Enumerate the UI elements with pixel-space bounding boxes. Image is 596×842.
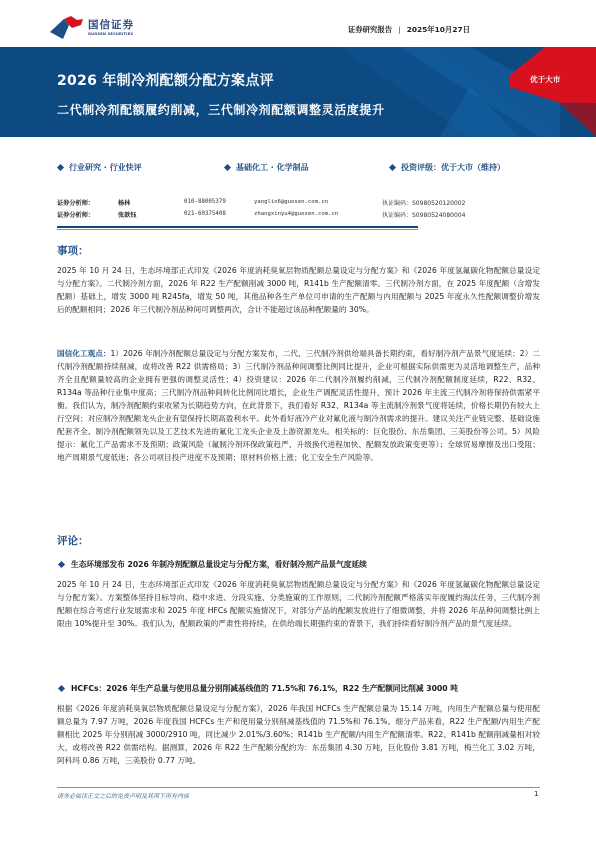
header-separator: | [398,25,401,34]
meta-rating: 投资评级：优于大市（维持） [390,162,505,173]
rating-tag: 优于大市 [530,74,560,85]
comment-paragraph: 根据《2026 年度消耗臭氧层物质配额总量设定与分配方案》，2026 年我国 H… [57,702,540,767]
report-type: 证券研究报告 [348,24,392,35]
diamond-bullet-icon [224,164,231,171]
diamond-bullet-icon [57,164,64,171]
analyst-name: 张歆钰 [118,210,184,219]
analyst-email[interactable]: zhangxinyu4@guosen.com.cn [254,211,382,217]
analyst-table: 证券分析师： 杨林 010-88005379 yanglin6@guosen.c… [57,196,465,220]
page-header: 国信证券 GUOSEN SECURITIES 证券研究报告 | 2025年10月… [0,0,596,46]
event-heading: 事项： [57,243,89,258]
diamond-bullet-icon [58,561,65,568]
section-divider [57,226,418,230]
diamond-bullet-icon [389,164,396,171]
report-meta: 行业研究 · 行业快评 基础化工 · 化学制品 投资评级：优于大市（维持） [58,162,548,173]
banner-decoration [0,47,596,137]
view-lead: 国信化工观点： [57,349,111,358]
view-paragraph: 国信化工观点：1）2026 年制冷剂配额总量设定与分配方案发布，二代、三代制冷剂… [57,347,540,464]
analyst-phone: 010-88005379 [184,199,254,205]
event-paragraph: 2025 年 10 月 24 日，生态环境部正式印发《2026 年度消耗臭氧层物… [57,264,540,316]
meta-category: 行业研究 · 行业快评 [58,162,225,173]
analyst-row: 证券分析师： 张歆钰 021-60375408 zhangxinyu4@guos… [57,208,465,220]
comment-bullet-title: HCFCs：2026 年生产总量与使用总量分别削减基线值的 71.5%和 76.… [57,683,458,694]
analyst-name: 杨林 [118,198,184,207]
page-number: 1 [534,790,538,798]
comment-bullet-title: 生态环境部发布 2026 年制冷剂配额总量设定与分配方案，看好制冷剂产品景气度延… [57,559,367,570]
footer-disclaimer: 请务必阅读正文之后的免责声明及其项下所有内容 [57,791,189,800]
analyst-row: 证券分析师： 杨林 010-88005379 yanglin6@guosen.c… [57,196,465,208]
diamond-bullet-icon [58,685,65,692]
analyst-phone: 021-60375408 [184,211,254,217]
comment-heading: 评论： [57,533,89,548]
comment-paragraph: 2025 年 10 月 24 日，生态环境部正式印发《2026 年度消耗臭氧层物… [57,578,540,630]
report-title: 2026 年制冷剂配额分配方案点评 [57,70,274,90]
view-text: 1）2026 年制冷剂配额总量设定与分配方案发布，二代、三代制冷剂供给端具备长期… [57,349,540,462]
analyst-cert: 执证编码：S0980524080004 [382,210,465,219]
guosen-logo: 国信证券 GUOSEN SECURITIES [50,15,134,41]
meta-sector: 基础化工 · 化学制品 [225,162,390,173]
report-info: 证券研究报告 | 2025年10月27日 [348,24,470,35]
analyst-email[interactable]: yanglin6@guosen.com.cn [254,199,382,205]
guosen-logo-icon [50,15,84,41]
report-subtitle: 二代制冷剂配额履约削减，三代制冷剂配额调整灵活度提升 [57,101,385,118]
title-banner: 2026 年制冷剂配额分配方案点评 二代制冷剂配额履约削减，三代制冷剂配额调整灵… [0,47,596,137]
report-date: 2025年10月27日 [407,24,470,35]
analyst-cert: 执证编码：S0980520120002 [382,198,465,207]
logo-chinese-text: 国信证券 [88,19,134,31]
footer-divider [57,787,540,788]
logo-english-text: GUOSEN SECURITIES [88,31,134,37]
